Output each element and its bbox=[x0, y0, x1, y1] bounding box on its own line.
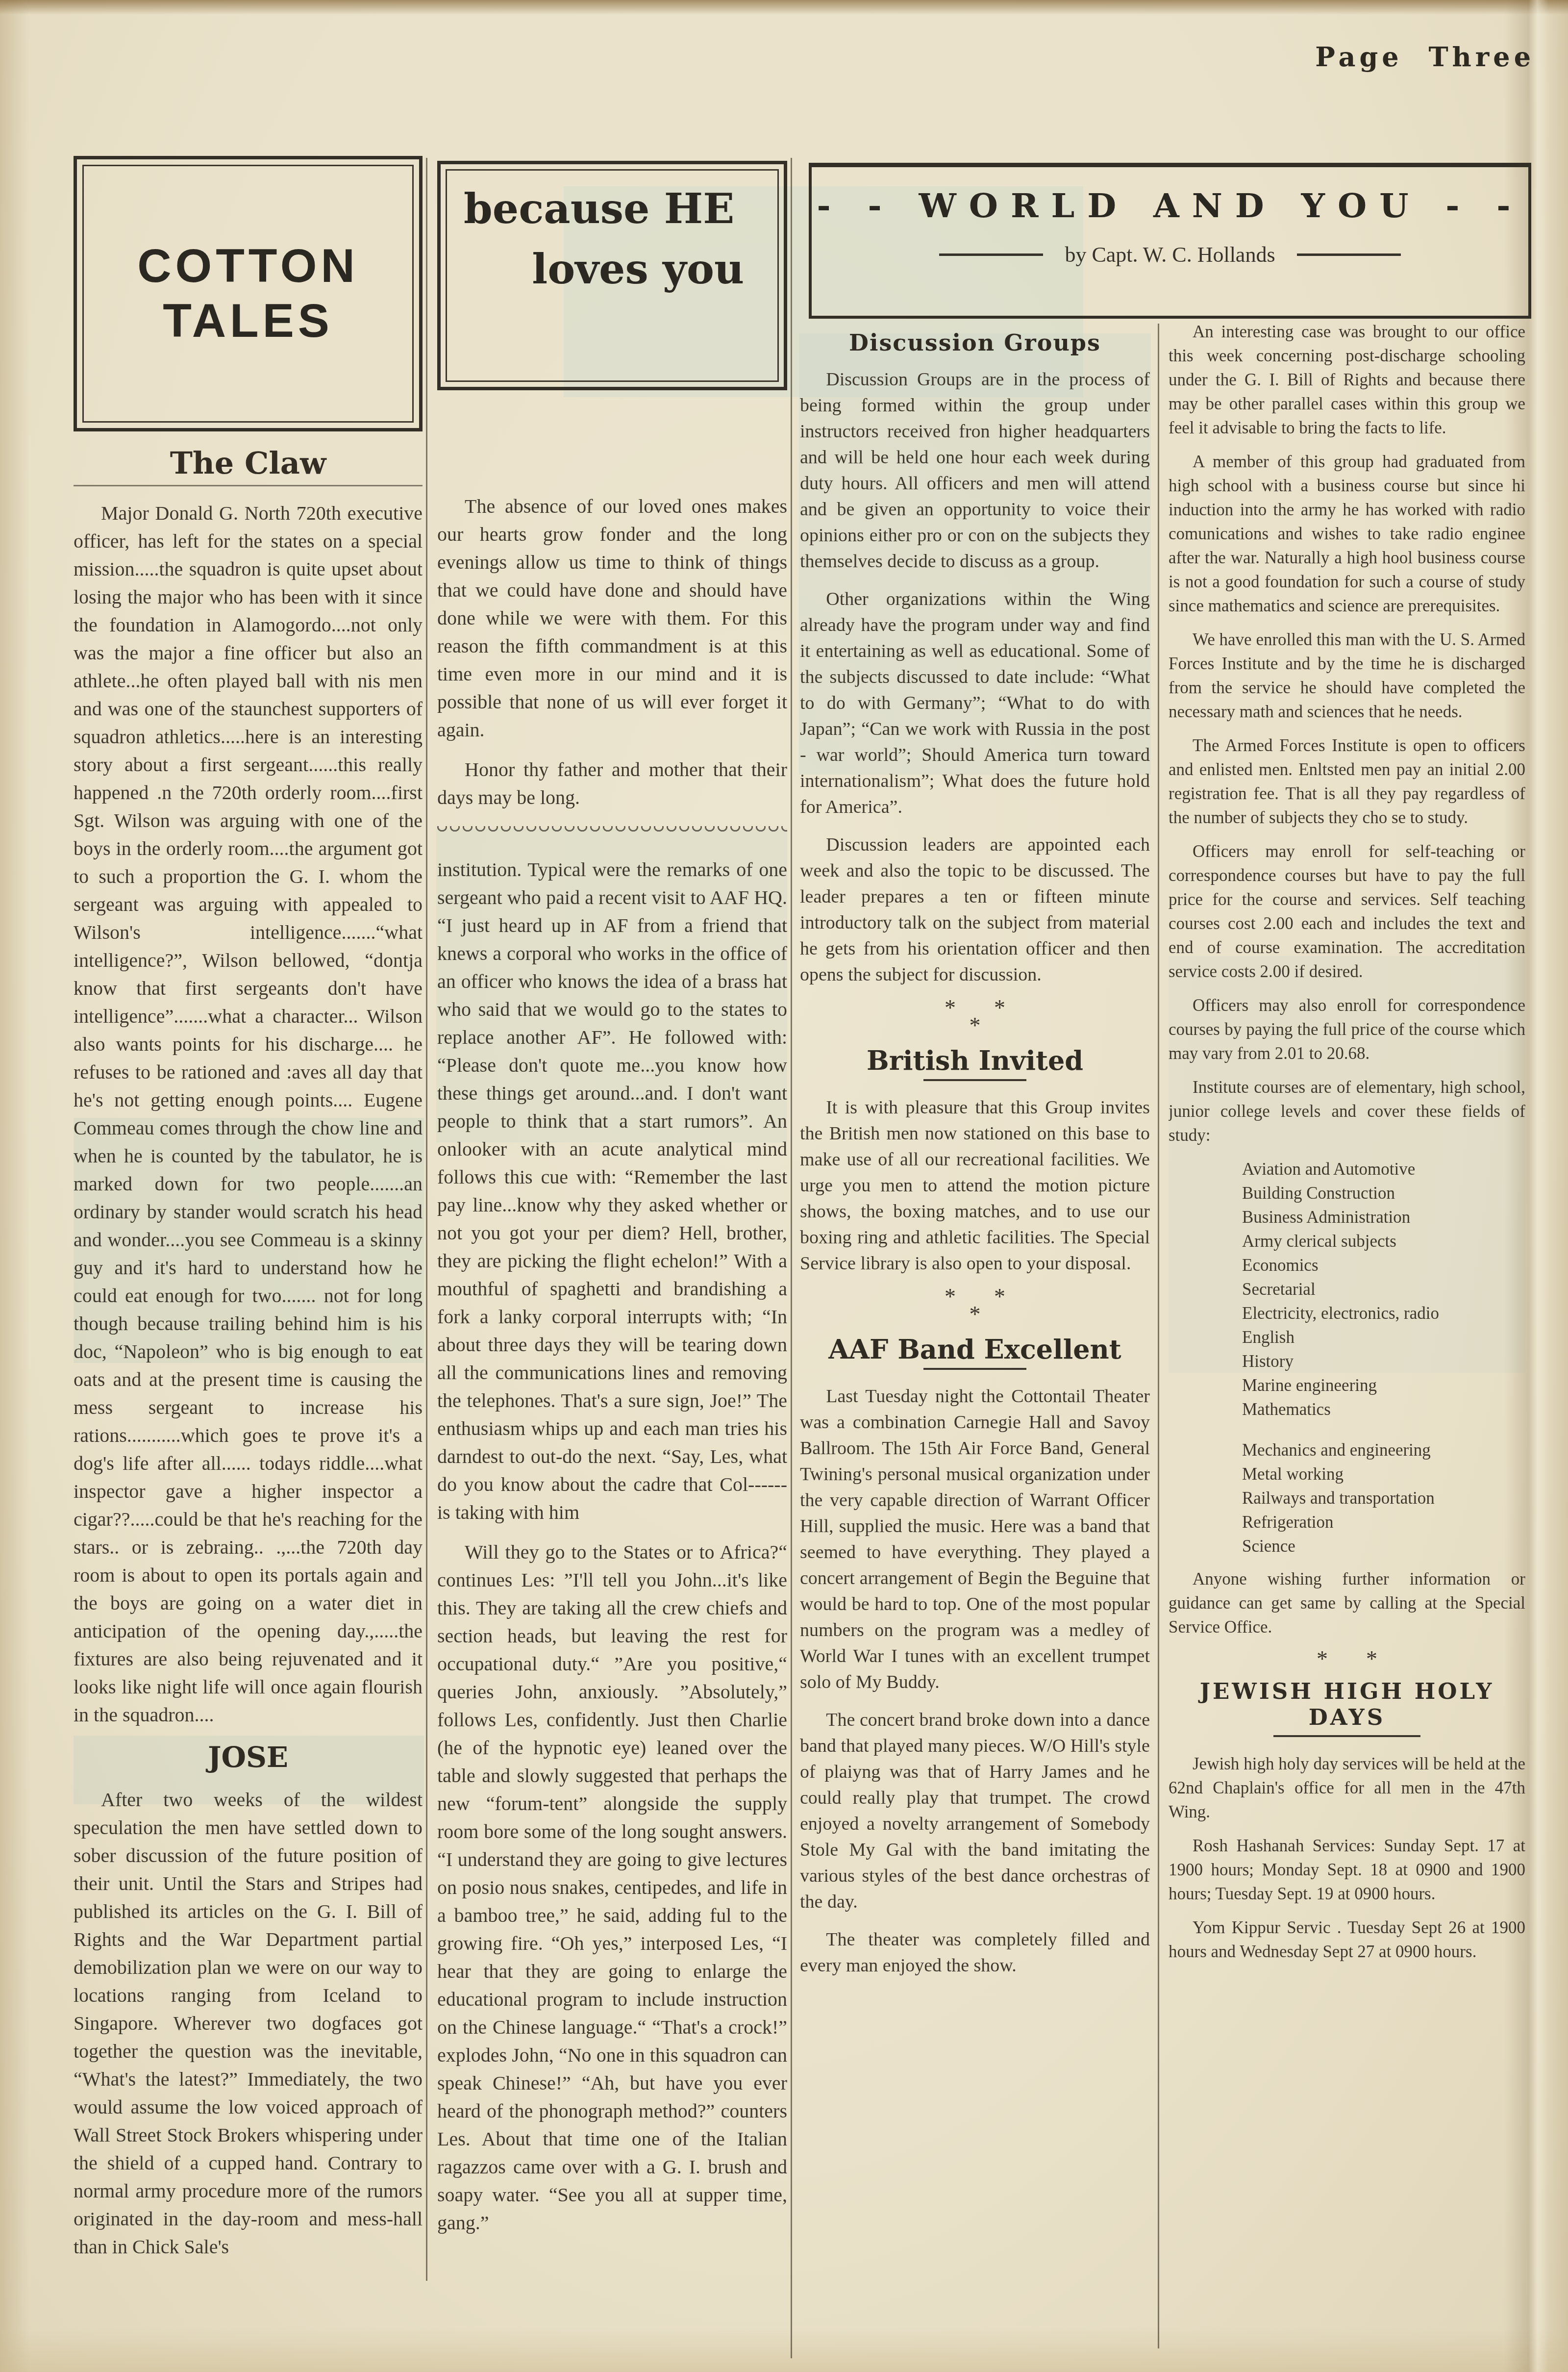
study-field-item: Railways and transportation bbox=[1242, 1486, 1525, 1510]
column-divider bbox=[791, 158, 792, 2358]
world-and-you-title: - - WORLD AND YOU - - bbox=[812, 186, 1528, 226]
masthead-title-line2: TALES bbox=[163, 294, 333, 349]
aaf-band-title: AAF Band Excellent bbox=[800, 1334, 1150, 1365]
gi-bill-paragraph: Institute courses are of elementary, hig… bbox=[1169, 1075, 1525, 1147]
claw-body-paragraph: Major Donald G. North 720th executive of… bbox=[74, 499, 423, 1729]
page-number: Page Three bbox=[1315, 41, 1535, 73]
study-field-item: Economics bbox=[1242, 1253, 1525, 1277]
gi-bill-paragraph: Officers may also enroll for corresponde… bbox=[1169, 993, 1525, 1065]
devotional-paragraph: Honor thy father and mother that their d… bbox=[437, 756, 787, 811]
asterisk-glyph: * bbox=[800, 1017, 1150, 1034]
column-because-he-loves-you: because HE loves you The absence of our … bbox=[437, 161, 787, 2362]
aaf-band-paragraph: The concert brand broke down into a danc… bbox=[800, 1707, 1150, 1915]
asterisk-glyph: * bbox=[945, 1000, 956, 1016]
wavy-rule bbox=[437, 826, 787, 834]
because-title-line1: because HE bbox=[464, 184, 761, 233]
cotton-tales-masthead-box: COTTON TALES bbox=[74, 156, 423, 431]
discussion-paragraph: Discussion Groups are in the process of … bbox=[800, 367, 1150, 575]
asterisk-glyph: * bbox=[945, 1288, 956, 1305]
column-divider bbox=[426, 158, 427, 2281]
fields-of-study-list: Aviation and AutomotiveBuilding Construc… bbox=[1242, 1157, 1525, 1558]
headline-rule bbox=[923, 1368, 1026, 1370]
asterisk-glyph: * bbox=[800, 1306, 1150, 1323]
gi-bill-paragraph: We have enrolled this man with the U. S.… bbox=[1169, 628, 1525, 724]
devotional-paragraph: The absence of our loved ones makes our … bbox=[437, 492, 787, 744]
gi-bill-paragraph: The Armed Forces Institute is open to of… bbox=[1169, 733, 1525, 830]
rumor-story-paragraph: Will they go to the States or to Africa?… bbox=[437, 1538, 787, 2237]
gi-bill-paragraph: An interesting case was brought to our o… bbox=[1169, 320, 1525, 440]
jewish-services-paragraph: Jewish high holy day services will be he… bbox=[1169, 1752, 1525, 1824]
study-field-item: Refrigeration bbox=[1242, 1510, 1525, 1534]
study-field-item: Aviation and Automotive bbox=[1242, 1157, 1525, 1181]
jewish-services-paragraph: Yom Kippur Servic . Tuesday Sept 26 at 1… bbox=[1169, 1916, 1525, 1964]
study-field-item: Mechanics and engineering bbox=[1242, 1438, 1525, 1462]
asterisk-glyph: * bbox=[994, 1288, 1005, 1305]
because-he-box: because HE loves you bbox=[437, 161, 787, 390]
asterisk-divider: ** * bbox=[800, 1000, 1150, 1034]
british-invited-paragraph: It is with pleasure that this Group invi… bbox=[800, 1095, 1150, 1277]
masthead-title-line1: COTTON bbox=[137, 239, 359, 294]
world-and-you-byline: by Capt. W. C. Hollands bbox=[1065, 242, 1275, 267]
masthead-inner-frame: COTTON TALES bbox=[82, 165, 414, 423]
gi-bill-paragraph: A member of this group had graduated fro… bbox=[1169, 450, 1525, 618]
asterisk-glyph: * bbox=[1317, 1651, 1328, 1667]
study-field-item: Marine engineering bbox=[1242, 1373, 1525, 1397]
gi-bill-closing-paragraph: Anyone wishing further information or gu… bbox=[1169, 1567, 1525, 1639]
section-rule bbox=[74, 485, 423, 486]
discussion-paragraph: Other organizations within the Wing alre… bbox=[800, 586, 1150, 820]
headline-rule bbox=[923, 1079, 1026, 1081]
study-field-item: Metal working bbox=[1242, 1462, 1525, 1486]
headline-rule bbox=[1273, 1735, 1420, 1737]
byline-dash-rule bbox=[939, 253, 1043, 256]
discussion-paragraph: Discussion leaders are appointed each we… bbox=[800, 832, 1150, 988]
column-world-and-you: Discussion Groups Discussion Groups are … bbox=[800, 325, 1150, 2364]
gi-bill-paragraph: Officers may enroll for self-teaching or… bbox=[1169, 839, 1525, 984]
asterisk-glyph: * bbox=[1366, 1651, 1377, 1667]
study-field-item: Electricity, electronics, radio bbox=[1242, 1301, 1525, 1325]
study-field-item: English bbox=[1242, 1325, 1525, 1349]
british-invited-title: British Invited bbox=[800, 1045, 1150, 1076]
asterisk-glyph: * bbox=[994, 1000, 1005, 1016]
study-field-item: Science bbox=[1242, 1534, 1525, 1558]
study-field-item: Building Construction bbox=[1242, 1181, 1525, 1205]
world-and-you-byline-row: by Capt. W. C. Hollands bbox=[812, 242, 1528, 267]
claw-section-title: The Claw bbox=[74, 445, 423, 481]
aaf-band-paragraph: The theater was completely filled and ev… bbox=[800, 1927, 1150, 1979]
jewish-holy-days-title: JEWISH HIGH HOLY DAYS bbox=[1169, 1678, 1525, 1730]
jewish-services-paragraph: Rosh Hashanah Services: Sunday Sept. 17 … bbox=[1169, 1834, 1525, 1906]
study-field-item: History bbox=[1242, 1349, 1525, 1373]
asterisk-divider: ** * bbox=[800, 1288, 1150, 1323]
discussion-groups-title: Discussion Groups bbox=[800, 329, 1150, 356]
study-field-item: Army clerical subjects bbox=[1242, 1229, 1525, 1253]
rumor-story-paragraph: institution. Typical were the remarks of… bbox=[437, 856, 787, 1526]
byline-dash-rule bbox=[1297, 253, 1401, 256]
column-gi-bill: An interesting case was brought to our o… bbox=[1169, 320, 1525, 2364]
study-field-item: Business Administration bbox=[1242, 1205, 1525, 1229]
study-field-item: Mathematics bbox=[1242, 1397, 1525, 1421]
column-divider bbox=[1158, 324, 1159, 2348]
aaf-band-paragraph: Last Tuesday night the Cottontail Theate… bbox=[800, 1384, 1150, 1695]
jose-section-title: JOSE bbox=[74, 1741, 423, 1774]
study-field-item: Secretarial bbox=[1242, 1277, 1525, 1301]
newspaper-page: Page Three COTTON TALES The Claw Major D… bbox=[0, 0, 1568, 2372]
world-and-you-header-box: - - WORLD AND YOU - - by Capt. W. C. Hol… bbox=[809, 163, 1531, 319]
because-title-line2: loves you bbox=[464, 245, 761, 293]
because-inner-frame: because HE loves you bbox=[446, 169, 779, 382]
column-cotton-tales: COTTON TALES The Claw Major Donald G. No… bbox=[74, 156, 423, 2284]
asterisk-divider: ** bbox=[1169, 1651, 1525, 1667]
jose-body-paragraph: After two weeks of the wildest speculati… bbox=[74, 1786, 423, 2261]
